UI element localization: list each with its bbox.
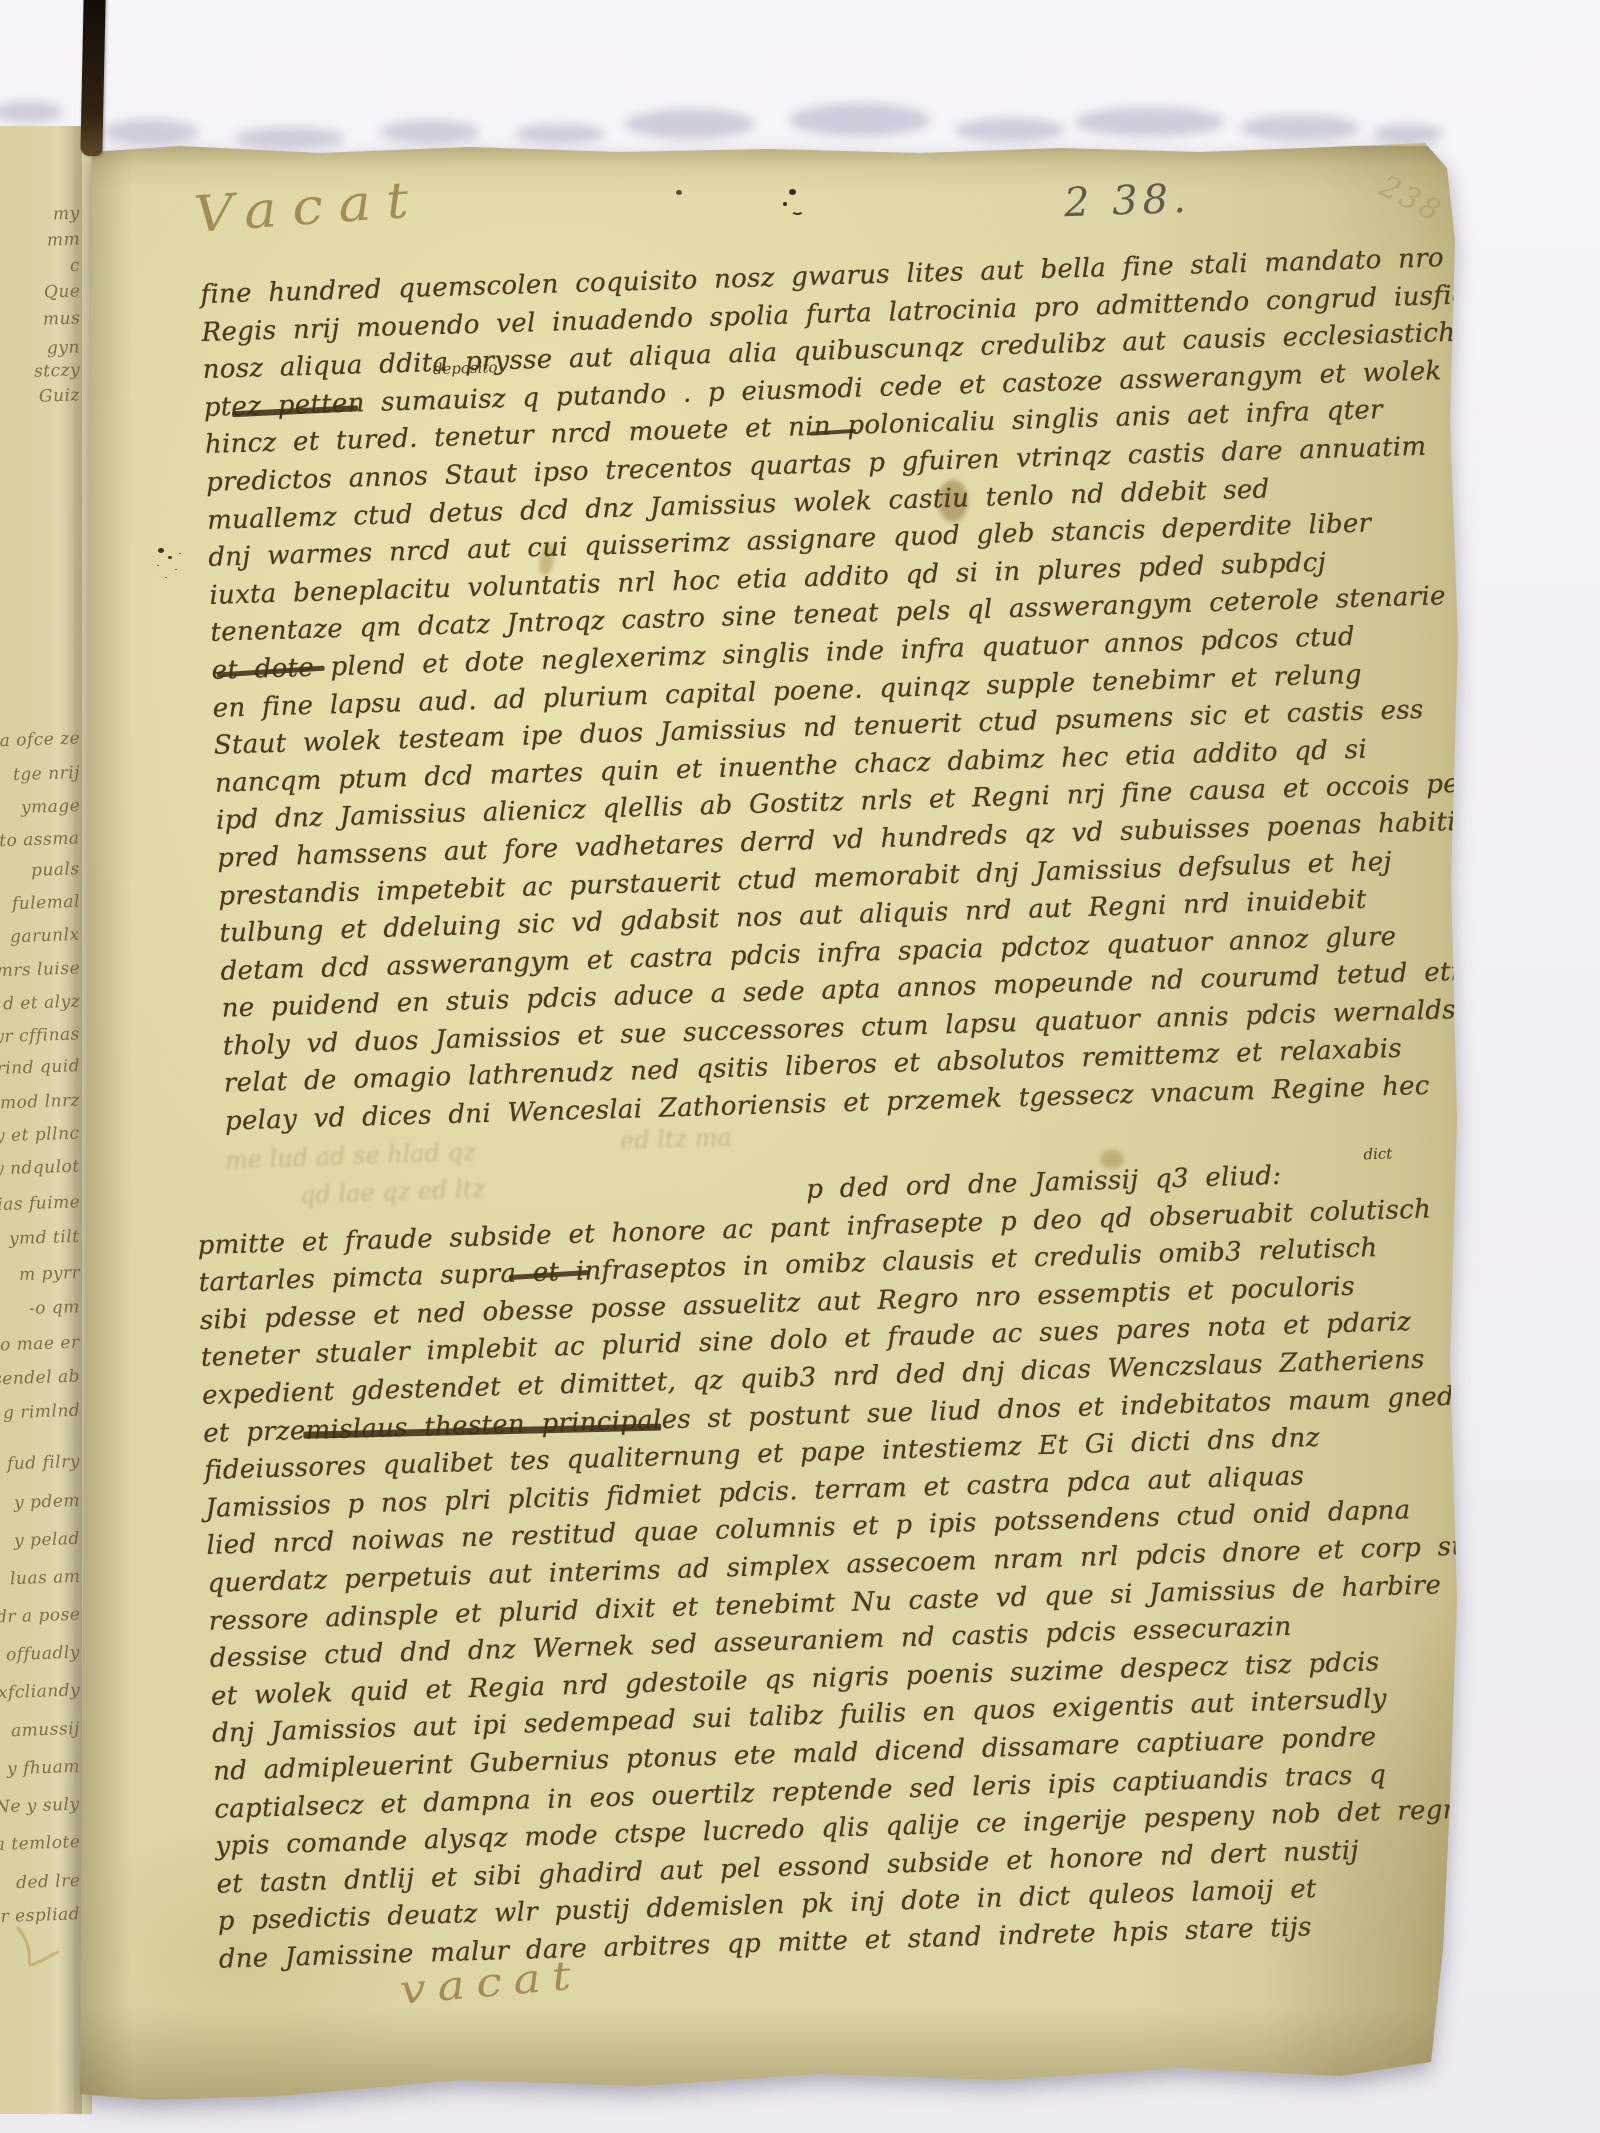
ink-blot: [783, 202, 787, 206]
folio-number-faded: 238: [1374, 169, 1449, 230]
edge-shading-left: [80, 140, 132, 2100]
text-block-primary: fine hundred quemscolen coquisito nosz g…: [200, 238, 1529, 1141]
ink-tick-mark: [791, 206, 804, 215]
show-through-line: me lud ad se hlad qz: [225, 1138, 476, 1175]
manuscript-page: Vacat 2 38. 238 me lud ad se hlad qzqd l…: [0, 0, 1600, 2133]
text-block-secondary: p ded ord dne Jamissij q3 eliud:pmitte e…: [196, 1152, 1496, 1979]
ink-blot: [789, 189, 796, 195]
ink-blot: [676, 190, 682, 195]
vacat-annotation-top: Vacat: [192, 170, 426, 244]
manuscript-scan: mymmcQuemusgynstczyGuizra ofce zetge nri…: [0, 0, 1600, 2133]
edge-shading-bottom: [80, 2006, 1460, 2100]
interlinear-correction: deposito: [433, 358, 498, 378]
folio-number-ink: 2 38.: [1063, 176, 1191, 226]
page-shadow-wrap: Vacat 2 38. 238 me lud ad se hlad qzqd l…: [0, 0, 1600, 2133]
interlinear-correction: dict: [1363, 1144, 1392, 1163]
ink-spray-speckles: [158, 548, 164, 553]
binding-strap: [80, 0, 105, 156]
